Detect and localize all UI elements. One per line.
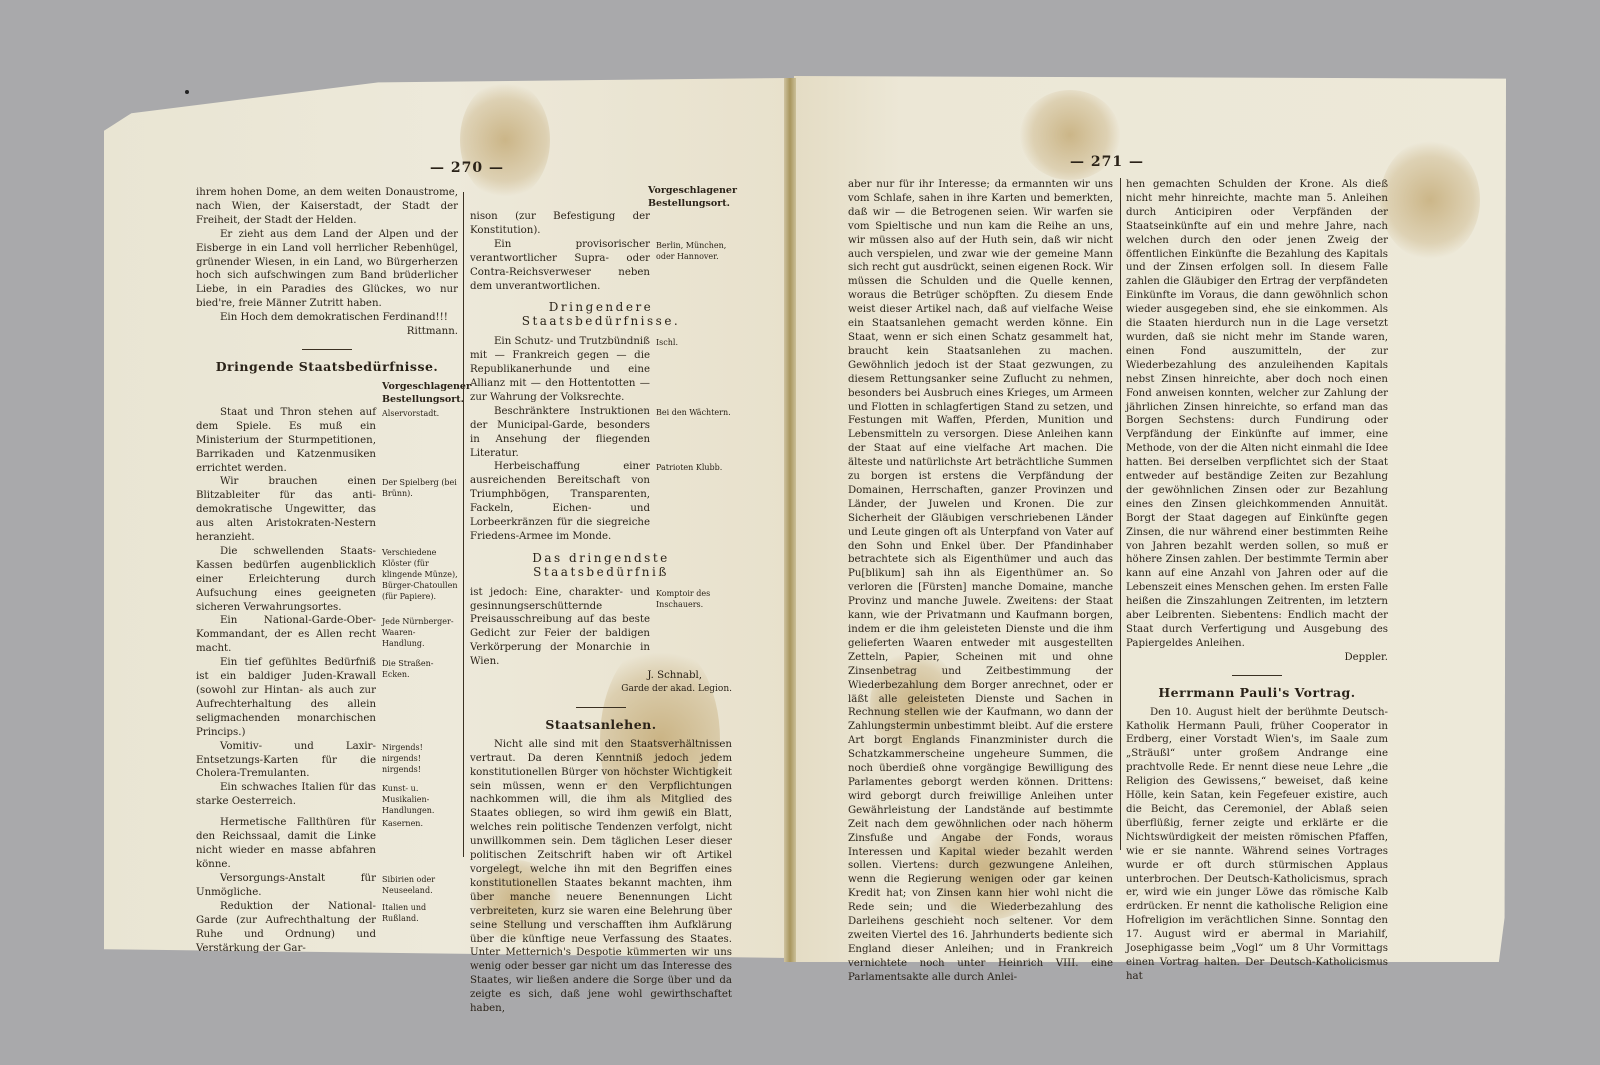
article-title: Staatsanlehen.	[470, 718, 732, 732]
page-number-270: — 270 —	[430, 160, 504, 176]
list-item: Wir brauchen einen Blitzableiter für das…	[196, 475, 458, 545]
intro-paragraph: Er zieht aus dem Land der Alpen und der …	[196, 228, 458, 311]
article-title: Herrmann Pauli's Vortrag.	[1126, 686, 1388, 700]
list-item: Versorgungs-Anstalt für Unmögliche.Sibir…	[196, 872, 458, 900]
article-body: hen gemachten Schulden der Krone. Als di…	[1126, 178, 1388, 651]
article-body: Den 10. August hielt der berühmte Deutsc…	[1126, 706, 1388, 984]
list-item: Die schwellenden Staats-Kassen bedürfen …	[196, 545, 458, 615]
list-item: Hermetische Fallthüren für den Reichssaa…	[196, 816, 458, 872]
column-divider	[463, 192, 464, 857]
list-item: Ein schwaches Italien für das starke Oes…	[196, 781, 458, 816]
divider-rule	[1232, 675, 1282, 676]
list-item: Staat und Thron stehen auf dem Spiele. E…	[196, 406, 458, 476]
section-title: Das dringendste Staatsbedürfniß	[470, 552, 732, 580]
book-spine	[784, 78, 796, 962]
article-body: aber nur für ihr Interesse; da ermannten…	[848, 178, 1113, 985]
article-body: Nicht alle sind mit den Staatsverhältnis…	[470, 738, 732, 1016]
list-item: Herbeischaffung einer ausreichenden Bere…	[470, 460, 732, 543]
list-item: nison (zur Befestigung der Konstitution)…	[470, 210, 732, 238]
list-item: ist jedoch: Eine, charakter- und gesinnu…	[470, 586, 732, 669]
divider-rule	[302, 349, 352, 350]
right-column-1: aber nur für ihr Interesse; da ermannten…	[848, 178, 1113, 985]
list-item: Reduktion der National-Garde (zur Aufrec…	[196, 900, 458, 956]
list-item: Ein Schutz- und Trutzbündniß mit — Frank…	[470, 335, 732, 405]
section-title: Dringende Staatsbedürfnisse.	[196, 360, 458, 374]
section-title: Dringendere Staatsbedürfnisse.	[470, 301, 732, 329]
page-number-271: — 271 —	[1070, 154, 1144, 170]
divider-rule	[576, 707, 626, 708]
intro-paragraph: ihrem hohen Dome, an dem weiten Donaustr…	[196, 186, 458, 228]
article-signature: Deppler.	[1126, 651, 1388, 665]
left-column-1: ihrem hohen Dome, an dem weiten Donaustr…	[196, 186, 458, 955]
intro-signature: Rittmann.	[196, 325, 458, 339]
list-item: Ein National-Garde-Ober-Kommandant, der …	[196, 614, 458, 656]
list-item: Beschränktere Instruktionen der Municipa…	[470, 405, 732, 461]
list-item: Ein tief gefühltes Bedürfniß ist ein bal…	[196, 656, 458, 739]
left-column-2: Vorgeschlagener Bestellungsort. nison (z…	[470, 184, 732, 1016]
signature-name: J. Schnabl,	[470, 669, 732, 683]
place-column-header: Vorgeschlagener Bestellungsort.	[196, 380, 458, 406]
intro-paragraph: Ein Hoch dem demokratischen Ferdinand!!!	[196, 311, 458, 325]
list-item: Vomitiv- und Laxir-Entsetzungs-Karten fü…	[196, 740, 458, 782]
right-column-2: hen gemachten Schulden der Krone. Als di…	[1126, 178, 1388, 984]
needs-list: Staat und Thron stehen auf dem Spiele. E…	[196, 406, 458, 956]
place-column-header: Vorgeschlagener Bestellungsort.	[470, 184, 732, 210]
list-item: Ein provisorischer verantwortlicher Supr…	[470, 238, 732, 294]
ink-dot	[185, 90, 189, 94]
signature-role: Garde der akad. Legion.	[470, 683, 732, 697]
column-divider	[1120, 178, 1121, 850]
